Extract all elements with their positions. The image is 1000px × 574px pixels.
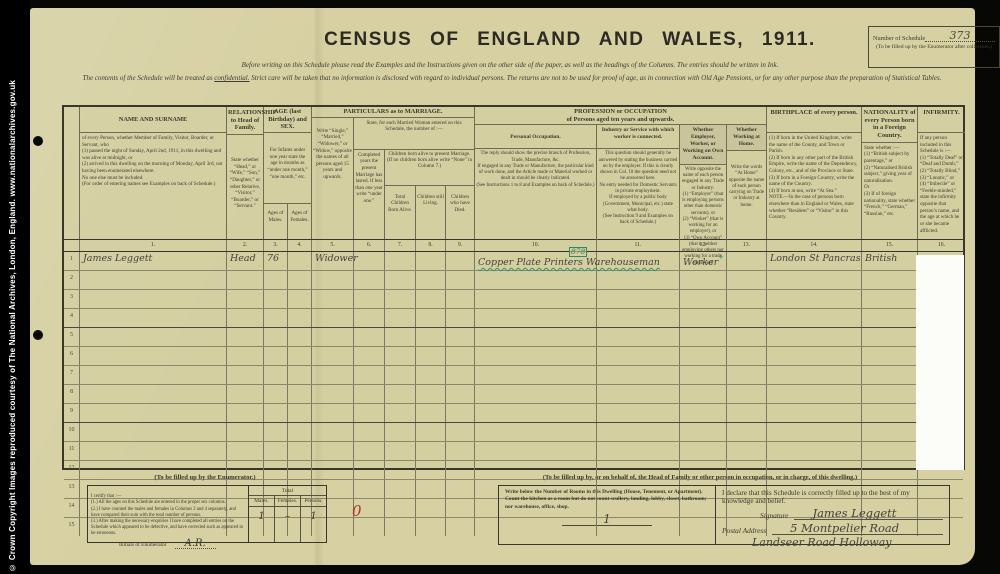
cell-children-living: [416, 404, 446, 422]
col-children-living: Children still Living.: [416, 186, 446, 239]
colgroup-age: AGE (last Birthday) and SEX. For Infants…: [264, 107, 312, 239]
row-number: 11: [64, 442, 80, 460]
cell-children-born: [385, 271, 416, 289]
cell-employer: [680, 423, 727, 441]
copyright-strip: © Crown Copyright Images reproduced cour…: [0, 0, 30, 574]
row-number: 4: [64, 309, 80, 327]
row-number: 1: [64, 252, 80, 270]
cell-age-female: [288, 328, 312, 346]
col-ages-males: Ages of Males.: [264, 204, 288, 239]
copyright-text: © Crown Copyright Images reproduced cour…: [8, 80, 17, 572]
cell-relationship: Head: [227, 252, 264, 270]
cell-birthplace: [767, 442, 862, 460]
employer-text: Worker: [680, 257, 718, 268]
cell-birthplace: [767, 366, 862, 384]
cell-children-born: [385, 366, 416, 384]
occupation-text: [475, 447, 478, 458]
table-header: NAME AND SURNAME of every Person, whethe…: [64, 107, 963, 240]
cell-children-died: [446, 271, 475, 289]
cell-age-female: [288, 309, 312, 327]
table-row: 8: [64, 385, 963, 404]
cell-age-female: [288, 252, 312, 270]
cell-occupation: [475, 290, 597, 308]
row-number: 14: [64, 499, 80, 517]
cell-age-male: [264, 385, 288, 403]
cell-marriage-status: [312, 404, 354, 422]
occupation-text: [475, 333, 478, 344]
cell-at-home: [727, 366, 767, 384]
cell-children-living: [416, 252, 446, 270]
signature-row: Signature James Leggett: [722, 508, 943, 520]
cell-at-home: [727, 442, 767, 460]
col-relationship: RELATIONSHIP to Head of Family. State wh…: [227, 107, 264, 239]
cell-employer: [680, 366, 727, 384]
table-row: 6: [64, 347, 963, 366]
cell-employer: [680, 328, 727, 346]
red-check-mark: 0: [352, 502, 362, 520]
cell-age-male: [264, 347, 288, 365]
cell-birthplace: [767, 423, 862, 441]
row-number: 3: [64, 290, 80, 308]
cell-occupation: [475, 404, 597, 422]
cell-relationship: [227, 366, 264, 384]
cell-occupation: [475, 518, 597, 536]
cell-at-home: [727, 271, 767, 289]
employer-text: [680, 428, 683, 439]
cell-name: [80, 290, 227, 308]
colnum-16: 16.: [918, 240, 965, 251]
employer-text: [680, 390, 683, 401]
table-row: 10: [64, 423, 963, 442]
cell-industry: [597, 290, 680, 308]
cell-birthplace: [767, 290, 862, 308]
cell-at-home: [727, 423, 767, 441]
col-name: NAME AND SURNAME of every Person, whethe…: [80, 107, 227, 239]
table-row: 3: [64, 290, 963, 309]
cell-marriage-years: [354, 347, 385, 365]
col-infirmity-desc: If any person included in this Schedule …: [918, 133, 965, 239]
cell-children-living: [416, 347, 446, 365]
cell-relationship: [227, 347, 264, 365]
cell-at-home: [727, 347, 767, 365]
cell-marriage-status: [312, 366, 354, 384]
row-number: 13: [64, 480, 80, 498]
cell-children-living: [416, 442, 446, 460]
cell-marriage-years: [354, 442, 385, 460]
cell-occupation: [475, 423, 597, 441]
cell-occupation: [475, 366, 597, 384]
instruction-line-2-post: Strict care will be taken that no inform…: [250, 74, 942, 82]
cell-children-living: [416, 328, 446, 346]
instruction-line-2-pre: The contents of the Schedule will be tre…: [83, 74, 215, 82]
col-occupation-title: Personal Occupation.: [475, 125, 596, 149]
enumerator-box: I certify that :— (1.) All the ages on t…: [87, 485, 327, 543]
colnum-2: 2.: [227, 240, 264, 251]
cell-name: [80, 309, 227, 327]
col-rownum-header: [64, 107, 80, 239]
column-number-row: 1. 2. 3. 4. 5. 6. 7. 8. 9. 10. 11. 12. 1…: [64, 240, 963, 252]
row-number: 7: [64, 366, 80, 384]
cell-occupation: [475, 499, 597, 517]
employer-text: [680, 371, 683, 382]
cell-employer: [680, 385, 727, 403]
cell-marriage-years: [354, 328, 385, 346]
colgroup-marriage-title: PARTICULARS as to MARRIAGE.: [312, 107, 474, 118]
col-marriage-status: Write “Single,” “Married,” “Widower,” or…: [312, 118, 354, 239]
table-row: 9: [64, 404, 963, 423]
cell-marriage-years: [354, 366, 385, 384]
cell-employer: [680, 404, 727, 422]
cell-marriage-status: [312, 328, 354, 346]
cell-industry: [597, 328, 680, 346]
cell-children-living: [416, 518, 446, 536]
cell-birthplace: [767, 328, 862, 346]
totals-labels: Males. Females. Persons.: [249, 496, 326, 507]
cell-children-living: [416, 271, 446, 289]
col-birthplace-title: BIRTHPLACE of every person.: [767, 107, 861, 133]
cell-children-born: [385, 442, 416, 460]
occupation-text: [475, 352, 478, 363]
cell-age-female: [288, 347, 312, 365]
cell-birthplace: [767, 309, 862, 327]
cell-marriage-status: [312, 347, 354, 365]
instruction-line-1: Before writing on this Schedule please r…: [115, 61, 905, 69]
cell-relationship: [227, 385, 264, 403]
cell-occupation: [475, 347, 597, 365]
cell-children-died: [446, 366, 475, 384]
colnum-14: 14.: [767, 240, 862, 251]
cell-children-born: [385, 518, 416, 536]
col-children-note: Children born alive to present Marriage.…: [385, 150, 474, 186]
cell-employer: Worker+: [680, 252, 727, 270]
cell-industry: [597, 385, 680, 403]
occupation-text: [475, 504, 478, 515]
cell-children-born: [385, 423, 416, 441]
colnum-9: 9.: [446, 240, 475, 251]
cell-age-female: [288, 366, 312, 384]
col-birthplace-desc: (1) If born in the United Kingdom, write…: [767, 133, 861, 239]
cell-marriage-status: [312, 423, 354, 441]
cell-nationality: [862, 328, 918, 346]
occupation-text: [475, 295, 478, 306]
cell-at-home: [727, 252, 767, 270]
declaration-text: I declare that this Schedule is correctl…: [722, 489, 943, 505]
col-employer-title: Whether Employer, Worker, or Working on …: [680, 125, 726, 164]
cell-children-born: [385, 347, 416, 365]
col-infirmity: INFIRMITY. If any person included in thi…: [918, 107, 965, 239]
colnum-1: 1.: [80, 240, 227, 251]
cell-name: [80, 328, 227, 346]
cell-children-died: [446, 290, 475, 308]
col-children-died: Children who have Died.: [446, 186, 474, 239]
cell-nationality: [862, 423, 918, 441]
persons-label: Persons.: [301, 496, 326, 506]
signature-value: James Leggett: [794, 508, 943, 520]
cell-employer: [680, 442, 727, 460]
cell-children-living: [416, 309, 446, 327]
cell-industry: [597, 347, 680, 365]
cell-birthplace: [767, 271, 862, 289]
cell-marriage-years: [354, 290, 385, 308]
postal-address-label: Postal Address: [722, 526, 766, 535]
certify-text: I certify that :— (1.) All the ages on t…: [91, 494, 243, 536]
cell-children-living: [416, 366, 446, 384]
cell-children-born: [385, 499, 416, 517]
cell-occupation: [475, 480, 597, 498]
table-row: 2: [64, 271, 963, 290]
occupation-text: [475, 371, 478, 382]
cell-at-home: [727, 404, 767, 422]
cell-marriage-years: [354, 385, 385, 403]
confidential-underlined: confidential.: [214, 74, 249, 82]
col-nationality-title: NATIONALITY of every Person born in a Fo…: [862, 107, 917, 143]
colnum-8: 8.: [416, 240, 446, 251]
cell-marriage-years: [354, 404, 385, 422]
cell-relationship: [227, 271, 264, 289]
cell-nationality: [862, 366, 918, 384]
cell-age-female: [288, 385, 312, 403]
cell-marriage-status: [312, 385, 354, 403]
col-married-woman-note: State, for each Married Woman entered on…: [354, 118, 474, 150]
cell-occupation: [475, 271, 597, 289]
cell-at-home: [727, 309, 767, 327]
persons-value: 1: [301, 507, 326, 542]
colnum-7: 7.: [385, 240, 416, 251]
hole-punch-top: [33, 136, 43, 146]
colnum-11: 11.: [597, 240, 680, 251]
row-number: 2: [64, 271, 80, 289]
cell-children-born: [385, 290, 416, 308]
cell-age-male: [264, 328, 288, 346]
row-number: 6: [64, 347, 80, 365]
cell-age-male: [264, 404, 288, 422]
cell-industry: [597, 423, 680, 441]
cell-employer: [680, 347, 727, 365]
cell-relationship: [227, 328, 264, 346]
colgroup-age-title: AGE (last Birthday) and SEX.: [264, 107, 311, 133]
cell-nationality: [862, 347, 918, 365]
hole-punch-bottom: [33, 330, 43, 340]
cell-marriage-status: [312, 442, 354, 460]
cell-marriage-status: Widower: [312, 252, 354, 270]
cell-children-died: [446, 518, 475, 536]
cell-marriage-years: [354, 309, 385, 327]
occupation-text: [475, 485, 478, 496]
cell-age-female: [288, 290, 312, 308]
cell-nationality: [862, 271, 918, 289]
cell-children-died: [446, 252, 475, 270]
employer-text: [680, 276, 683, 287]
cell-relationship: [227, 404, 264, 422]
cell-children-born: [385, 404, 416, 422]
instruction-line-2: The contents of the Schedule will be tre…: [72, 74, 952, 82]
cell-relationship: [227, 290, 264, 308]
cell-birthplace: [767, 347, 862, 365]
cell-birthplace: [767, 385, 862, 403]
col-nationality-desc: State whether :— (1) “British subject by…: [862, 143, 917, 239]
employer-text: [680, 314, 683, 325]
cell-marriage-years: [354, 423, 385, 441]
schedule-number-label: Number of Schedule: [873, 35, 925, 42]
cell-at-home: [727, 328, 767, 346]
employer-text: [680, 333, 683, 344]
col-relationship-title: RELATIONSHIP to Head of Family.: [227, 107, 263, 135]
totals-values: 1 – 1: [249, 507, 326, 542]
cell-nationality: British: [862, 252, 918, 270]
occupation-text: [475, 314, 478, 325]
employer-text: [680, 352, 683, 363]
cell-children-died: [446, 480, 475, 498]
cell-name: [80, 347, 227, 365]
cell-occupation: Copper Plate Printers Warehouseman878: [475, 252, 597, 270]
cell-age-male: [264, 290, 288, 308]
initials-value: A.R.: [175, 539, 216, 549]
colnum-15: 15.: [862, 240, 918, 251]
cell-relationship: [227, 309, 264, 327]
cell-occupation: [475, 385, 597, 403]
cell-marriage-years: [354, 480, 385, 498]
col-children-born: Total Children Born Alive.: [385, 186, 416, 239]
cell-name: [80, 442, 227, 460]
colgroup-marriage: PARTICULARS as to MARRIAGE. Write “Singl…: [312, 107, 475, 239]
main-table: NAME AND SURNAME of every Person, whethe…: [62, 105, 965, 470]
row-number: 8: [64, 385, 80, 403]
cell-relationship: [227, 442, 264, 460]
row-number: 9: [64, 404, 80, 422]
cell-children-born: [385, 252, 416, 270]
cell-marriage-status: [312, 309, 354, 327]
males-label: Males.: [249, 496, 275, 506]
cell-occupation: [475, 309, 597, 327]
col-industry-title: Industry or Service with which worker is…: [597, 125, 679, 149]
colnum-5: 5.: [312, 240, 354, 251]
table-row: 5: [64, 328, 963, 347]
postal-address-value: 5 Montpelier Road: [772, 523, 943, 535]
cell-nationality: [862, 404, 918, 422]
cell-employer: [680, 271, 727, 289]
cell-industry: [597, 366, 680, 384]
colnum-3: 3.: [264, 240, 288, 251]
cell-industry: [597, 271, 680, 289]
cell-employer: [680, 290, 727, 308]
cell-industry: [597, 309, 680, 327]
schedule-number-note: (To be filled up by the Enumerator after…: [873, 44, 995, 50]
cell-marriage-years: [354, 252, 385, 270]
cell-marriage-years: [354, 271, 385, 289]
cell-children-died: [446, 442, 475, 460]
colgroup-age-desc: For Infants under one year state the age…: [264, 133, 311, 203]
cell-age-female: [288, 271, 312, 289]
cell-birthplace: London St Pancras: [767, 252, 862, 270]
table-row: 11: [64, 442, 963, 461]
cell-nationality: [862, 290, 918, 308]
cell-birthplace: [767, 404, 862, 422]
census-paper: CENSUS OF ENGLAND AND WALES, 1911. Numbe…: [30, 8, 975, 565]
initials-line: Initials of Enumerator A.R.: [91, 539, 245, 549]
employer-text: [680, 409, 683, 420]
cell-children-living: [416, 461, 446, 479]
cell-children-died: [446, 423, 475, 441]
cell-children-died: [446, 461, 475, 479]
table-row: 4: [64, 309, 963, 328]
cell-nationality: [862, 385, 918, 403]
occupation-text: [475, 409, 478, 420]
infirmity-column-redaction-patch: [916, 255, 964, 470]
postal-address-row: Postal Address 5 Montpelier Road: [722, 523, 943, 535]
cell-children-born: [385, 480, 416, 498]
cell-name: [80, 385, 227, 403]
col-name-title: NAME AND SURNAME: [80, 107, 226, 133]
cell-children-living: [416, 290, 446, 308]
cell-children-living: [416, 499, 446, 517]
females-value: –: [275, 507, 301, 542]
totals-table: Total Males. Females. Persons. 1 – 1: [248, 486, 326, 542]
cell-marriage-status: [312, 290, 354, 308]
cell-nationality: [862, 442, 918, 460]
cell-marriage-years: [354, 461, 385, 479]
colgroup-age-subrow: Ages of Males. Ages of Females.: [264, 203, 311, 239]
col-ages-females: Ages of Females.: [288, 204, 311, 239]
cell-at-home: [727, 385, 767, 403]
cell-children-died: [446, 499, 475, 517]
enumerator-certify: I certify that :— (1.) All the ages on t…: [88, 486, 248, 542]
cell-name: [80, 423, 227, 441]
row-number: 5: [64, 328, 80, 346]
cell-age-male: [264, 271, 288, 289]
occupation-text: [475, 276, 478, 287]
females-label: Females.: [275, 496, 301, 506]
occupation-text: Copper Plate Printers Warehouseman: [475, 257, 660, 268]
cell-name: [80, 404, 227, 422]
cell-marriage-years: [354, 518, 385, 536]
cell-marriage-status: [312, 271, 354, 289]
col-relationship-desc: State whether “Head,” or “Wife,” “Son,” …: [227, 135, 263, 239]
cell-employer: [680, 309, 727, 327]
cell-age-female: [288, 423, 312, 441]
col-marriage-years: Completed years the present Marriage has…: [354, 150, 385, 239]
cell-relationship: [227, 423, 264, 441]
cell-age-male: [264, 366, 288, 384]
cell-children-died: [446, 309, 475, 327]
table-row: 1 James Leggett Head 76 Widower Copper P…: [64, 252, 963, 271]
signature-label: Signature: [760, 511, 788, 520]
cell-children-died: [446, 347, 475, 365]
cell-age-female: [288, 404, 312, 422]
cell-children-died: [446, 385, 475, 403]
occupation-text: [475, 466, 478, 477]
cell-nationality: [862, 309, 918, 327]
cell-children-born: [385, 461, 416, 479]
postal-address-line2: Landseer Road Holloway: [752, 536, 943, 549]
schedule-number-value: 373: [925, 31, 995, 42]
cell-children-living: [416, 423, 446, 441]
row-number: 10: [64, 423, 80, 441]
cell-name: [80, 366, 227, 384]
row-number: 15: [64, 518, 80, 536]
colnum-6: 6.: [354, 240, 385, 251]
col-at-home-title: Whether Working at Home.: [727, 125, 766, 151]
col-nationality: NATIONALITY of every Person born in a Fo…: [862, 107, 918, 239]
cell-age-male: [264, 423, 288, 441]
cell-at-home: [727, 290, 767, 308]
colgroup-profession-title: PROFESSION or OCCUPATION of Persons aged…: [475, 107, 766, 125]
table-row: 7: [64, 366, 963, 385]
cell-age-male: [264, 309, 288, 327]
cell-children-born: [385, 385, 416, 403]
enumerator-section-heading: (To be filled up by the Enumerator.): [60, 474, 350, 481]
cell-occupation: [475, 442, 597, 460]
colnum-12: 12.: [680, 240, 727, 251]
